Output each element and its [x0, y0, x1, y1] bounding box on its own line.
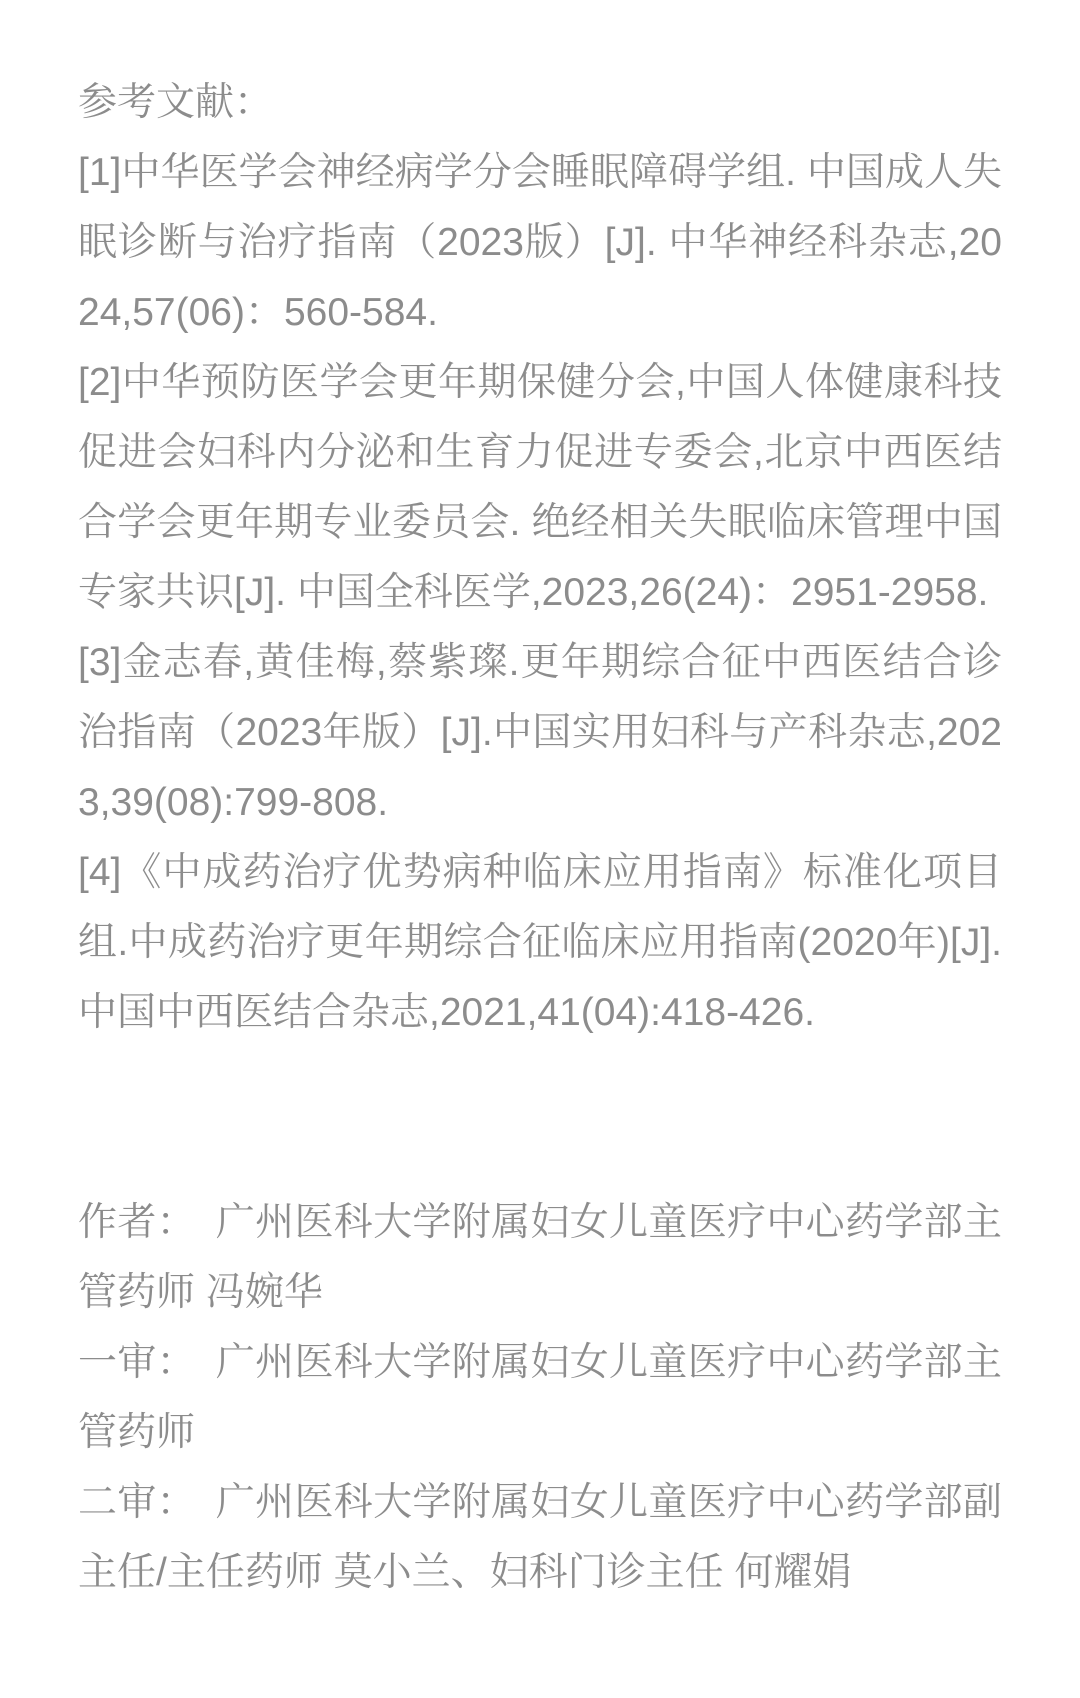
reference-item-4: [4]《中成药治疗优势病种临床应用指南》标准化项目组.中成药治疗更年期综合征临床… [78, 838, 1002, 1048]
reference-item-3: [3]金志春,黄佳梅,蔡紫璨.更年期综合征中西医结合诊治指南（2023年版）[J… [78, 628, 1002, 838]
author-line: 作者： 广州医科大学附属妇女儿童医疗中心药学部主管药师 冯婉华 [78, 1188, 1002, 1328]
references-section: 参考文献： [1]中华医学会神经病学分会睡眠障碍学组. 中国成人失眠诊断与治疗指… [78, 68, 1002, 1048]
article-page: 参考文献： [1]中华医学会神经病学分会睡眠障碍学组. 中国成人失眠诊断与治疗指… [0, 0, 1080, 1698]
reference-item-1: [1]中华医学会神经病学分会睡眠障碍学组. 中国成人失眠诊断与治疗指南（2023… [78, 138, 1002, 348]
first-review-line: 一审： 广州医科大学附属妇女儿童医疗中心药学部主管药师 [78, 1328, 1002, 1468]
references-heading: 参考文献： [78, 68, 1002, 138]
second-review-line: 二审： 广州医科大学附属妇女儿童医疗中心药学部副主任/主任药师 莫小兰、妇科门诊… [78, 1468, 1002, 1608]
credits-section: 作者： 广州医科大学附属妇女儿童医疗中心药学部主管药师 冯婉华 一审： 广州医科… [78, 1188, 1002, 1608]
reference-item-2: [2]中华预防医学会更年期保健分会,中国人体健康科技促进会妇科内分泌和生育力促进… [78, 348, 1002, 628]
